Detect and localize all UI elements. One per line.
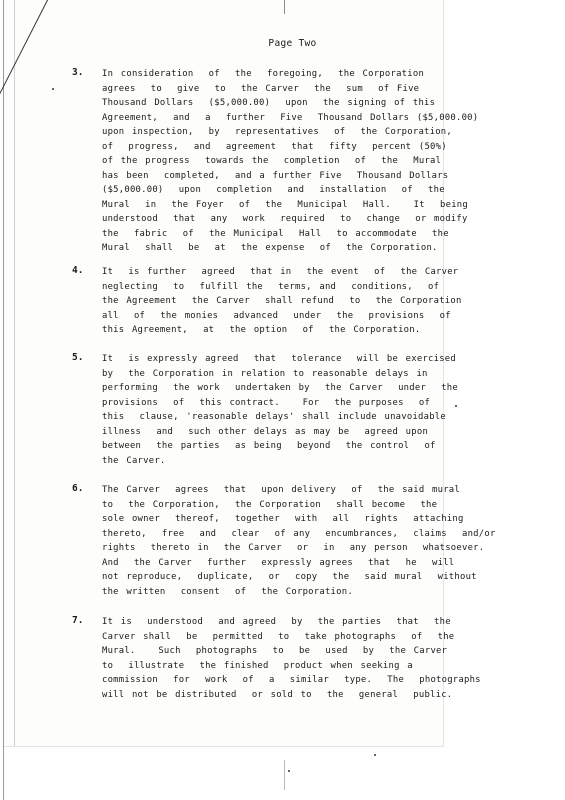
- text-line: It is further agreed that in the event o…: [102, 265, 462, 280]
- text-line: performing the work undertaken by the Ca…: [102, 381, 458, 396]
- page-edge-line: [3, 0, 4, 800]
- text-line: commission for work of a similar type. T…: [102, 673, 481, 688]
- clause-text: In consideration of the foregoing, the C…: [102, 67, 478, 256]
- page-edge-line-inner: [14, 0, 15, 746]
- text-line: It is understood and agreed by the parti…: [102, 615, 481, 630]
- text-line: illness and such other delays as may be …: [102, 425, 458, 440]
- text-line: provisions of this contract. For the pur…: [102, 396, 458, 411]
- scan-speck: [288, 770, 290, 772]
- text-line: Agreement, and a further Five Thousand D…: [102, 111, 478, 126]
- text-line: all of the monies advanced under the pro…: [102, 309, 462, 324]
- clause-number: 5.: [72, 352, 83, 363]
- text-line: And the Carver further expressly agrees …: [102, 556, 496, 571]
- text-line: the fabric of the Municipal Hall to acco…: [102, 227, 478, 242]
- scan-speck: [52, 88, 54, 90]
- text-line: of progress, and agreement that fifty pe…: [102, 140, 478, 155]
- text-line: the Carver.: [102, 454, 458, 469]
- text-line: agrees to give to the Carver the sum of …: [102, 82, 478, 97]
- clause-text: It is expressly agreed that tolerance wi…: [102, 352, 458, 468]
- clause-number: 6.: [72, 483, 83, 494]
- clause-text: It is understood and agreed by the parti…: [102, 615, 481, 702]
- text-line: Mural. Such photographs to be used by th…: [102, 644, 481, 659]
- text-line: In consideration of the foregoing, the C…: [102, 67, 478, 82]
- text-line: Mural in the Foyer of the Municipal Hall…: [102, 198, 478, 213]
- text-line: rights thereto in the Carver or in any p…: [102, 541, 496, 556]
- clause-text: The Carver agrees that upon delivery of …: [102, 483, 496, 599]
- text-line: thereto, free and clear of any encumbran…: [102, 527, 496, 542]
- clause-number: 7.: [72, 615, 83, 626]
- text-line: this clause, 'reasonable delays' shall i…: [102, 410, 458, 425]
- fold-mark-bottom: [284, 760, 285, 790]
- clause-text: It is further agreed that in the event o…: [102, 265, 462, 338]
- text-line: the Agreement the Carver shall refund to…: [102, 294, 462, 309]
- text-line: The Carver agrees that upon delivery of …: [102, 483, 496, 498]
- fold-mark-top: [284, 0, 285, 14]
- text-line: to illustrate the finished product when …: [102, 659, 481, 674]
- scan-speck: [374, 754, 376, 756]
- text-line: has been completed, and a further Five T…: [102, 169, 478, 184]
- text-line: neglecting to fulfill the terms, and con…: [102, 280, 462, 295]
- text-line: of the progress towards the completion o…: [102, 154, 478, 169]
- text-line: will not be distributed or sold to the g…: [102, 688, 481, 703]
- text-line: Thousand Dollars ($5,000.00) upon the si…: [102, 96, 478, 111]
- text-line: It is expressly agreed that tolerance wi…: [102, 352, 458, 367]
- clause-number: 4.: [72, 265, 83, 276]
- text-line: ($5,000.00) upon completion and installa…: [102, 183, 478, 198]
- text-line: by the Corporation in relation to reason…: [102, 367, 458, 382]
- page-title: Page Two: [0, 38, 565, 49]
- text-line: between the parties as being beyond the …: [102, 439, 458, 454]
- text-line: Carver shall be permitted to take photog…: [102, 630, 481, 645]
- text-line: upon inspection, by representatives of t…: [102, 125, 478, 140]
- text-line: understood that any work required to cha…: [102, 212, 478, 227]
- text-line: to the Corporation, the Corporation shal…: [102, 498, 496, 513]
- text-line: not reproduce, duplicate, or copy the sa…: [102, 570, 496, 585]
- clause-number: 3.: [72, 67, 83, 78]
- text-line: the written consent of the Corporation.: [102, 585, 496, 600]
- text-line: this Agreement, at the option of the Cor…: [102, 323, 462, 338]
- text-line: sole owner thereof, together with all ri…: [102, 512, 496, 527]
- text-line: Mural shall be at the expense of the Cor…: [102, 241, 478, 256]
